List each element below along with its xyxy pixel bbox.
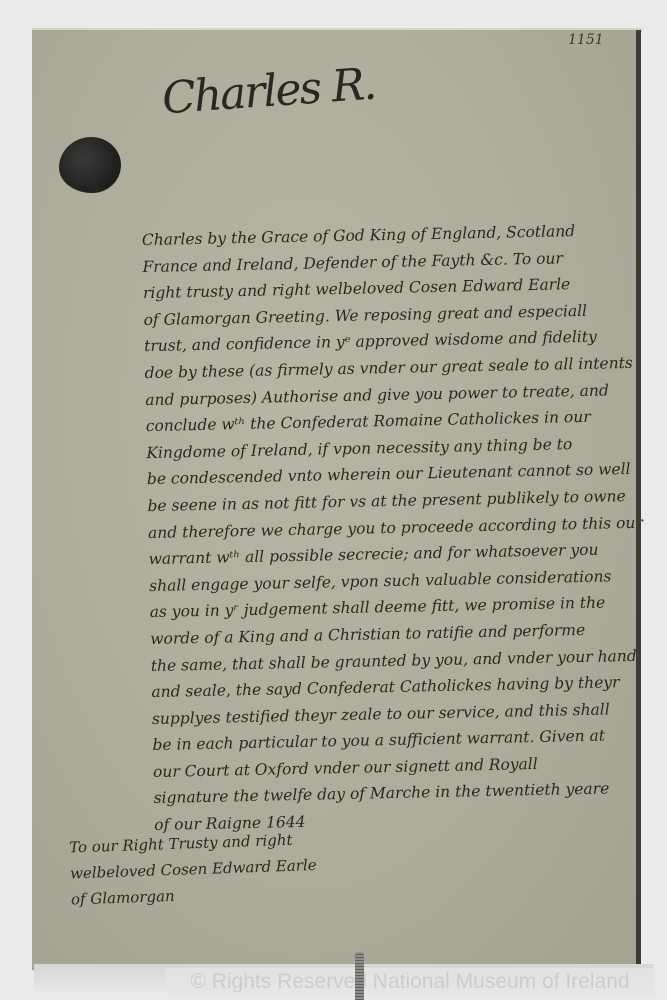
copyright-watermark: © Rights Reserved National Museum of Ire…	[165, 968, 655, 996]
display-pin-icon	[355, 952, 364, 1000]
folio-number: 1151	[568, 32, 604, 48]
sheet-right-edge	[636, 30, 641, 970]
address-block: To our Right Trusty and right welbeloved…	[69, 825, 332, 912]
manuscript-sheet: 1151 Charles R. Charles by the Grace of …	[32, 30, 640, 970]
wax-seal-icon	[59, 137, 121, 193]
warrant-body: Charles by the Grace of God King of Engl…	[142, 217, 640, 839]
royal-signature: Charles R.	[160, 59, 376, 125]
